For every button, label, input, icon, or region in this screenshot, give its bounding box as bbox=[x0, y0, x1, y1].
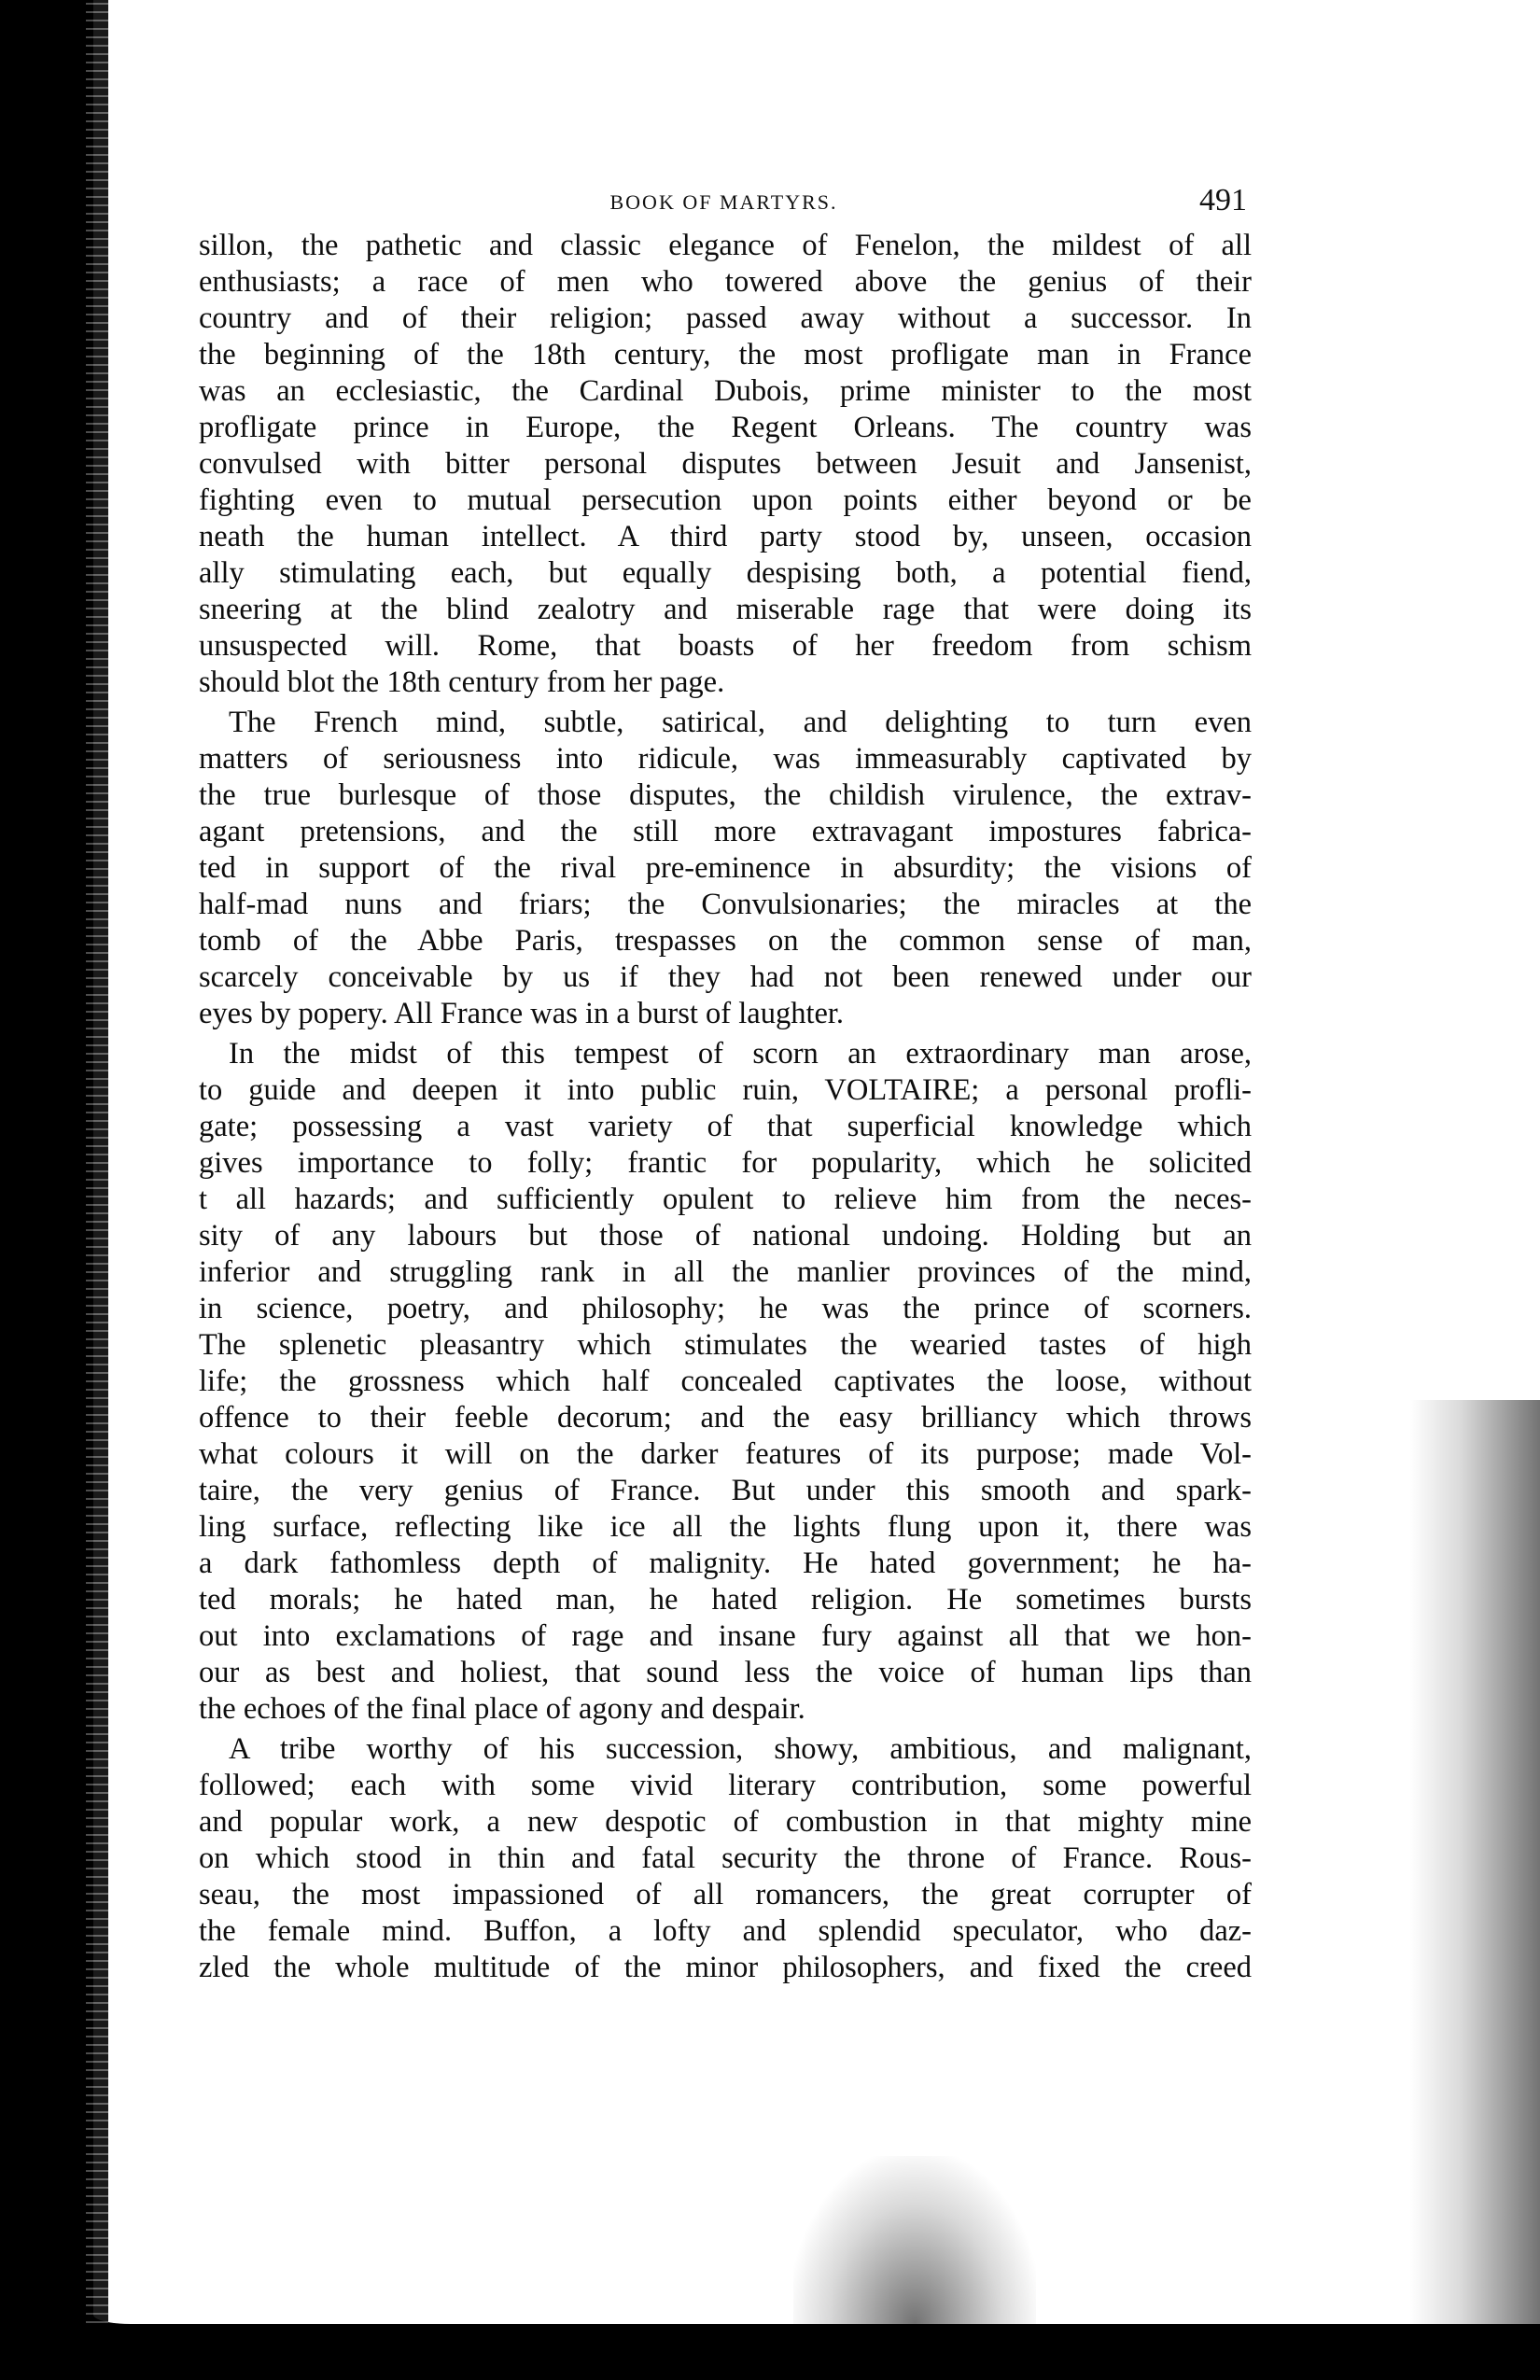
text-line: life; the grossness which half concealed… bbox=[199, 1364, 1252, 1400]
text-line: fighting even to mutual persecution upon… bbox=[199, 483, 1252, 519]
text-line: agant pretensions, and the still more ex… bbox=[199, 814, 1252, 850]
text-line: gate; possessing a vast variety of that … bbox=[199, 1109, 1252, 1145]
text-line: out into exclamations of rage and insane… bbox=[199, 1618, 1252, 1655]
text-line: gives importance to folly; frantic for p… bbox=[199, 1145, 1252, 1182]
text-line: ted in support of the rival pre-eminence… bbox=[199, 850, 1252, 887]
scan-smudge bbox=[793, 2156, 1036, 2324]
page-header: BOOK OF MARTYRS. 491 bbox=[199, 183, 1249, 220]
text-line: sity of any labours but those of nationa… bbox=[199, 1218, 1252, 1254]
text-line: A tribe worthy of his succession, showy,… bbox=[199, 1731, 1252, 1768]
text-line: the echoes of the final place of agony a… bbox=[199, 1691, 1252, 1728]
text-line: tomb of the Abbe Paris, trespasses on th… bbox=[199, 923, 1252, 959]
text-line: zled the whole multitude of the minor ph… bbox=[199, 1950, 1252, 1986]
paragraph: A tribe worthy of his succession, showy,… bbox=[199, 1731, 1252, 1986]
text-line: enthusiasts; a race of men who towered a… bbox=[199, 264, 1252, 301]
text-line: unsuspected will. Rome, that boasts of h… bbox=[199, 628, 1252, 665]
paragraph: In the midst of this tempest of scorn an… bbox=[199, 1036, 1252, 1728]
binding-shadow bbox=[86, 0, 108, 2324]
text-line: followed; each with some vivid literary … bbox=[199, 1768, 1252, 1804]
text-line: The splenetic pleasantry which stimulate… bbox=[199, 1327, 1252, 1364]
text-line: offence to their feeble decorum; and the… bbox=[199, 1400, 1252, 1436]
text-line: inferior and struggling rank in all the … bbox=[199, 1254, 1252, 1291]
text-line: eyes by popery. All France was in a burs… bbox=[199, 996, 1252, 1032]
text-line: half-mad nuns and friars; the Convulsion… bbox=[199, 887, 1252, 923]
text-line: what colours it will on the darker featu… bbox=[199, 1436, 1252, 1473]
text-line: ted morals; he hated man, he hated relig… bbox=[199, 1582, 1252, 1618]
text-line: in science, poetry, and philosophy; he w… bbox=[199, 1291, 1252, 1327]
text-line: to guide and deepen it into public ruin,… bbox=[199, 1072, 1252, 1109]
text-line: matters of seriousness into ridicule, wa… bbox=[199, 741, 1252, 777]
text-line: sneering at the blind zealotry and miser… bbox=[199, 592, 1252, 628]
text-line: our as best and holiest, that sound less… bbox=[199, 1655, 1252, 1691]
text-line: seau, the most impassioned of all romanc… bbox=[199, 1877, 1252, 1913]
text-line: the female mind. Buffon, a lofty and spl… bbox=[199, 1913, 1252, 1950]
text-line: In the midst of this tempest of scorn an… bbox=[199, 1036, 1252, 1072]
text-line: country and of their religion; passed aw… bbox=[199, 301, 1252, 337]
text-line: profligate prince in Europe, the Regent … bbox=[199, 410, 1252, 446]
paragraph: sillon, the pathetic and classic eleganc… bbox=[199, 228, 1252, 701]
text-line: ally stimulating each, but equally despi… bbox=[199, 555, 1252, 592]
text-line: The French mind, subtle, satirical, and … bbox=[199, 705, 1252, 741]
text-line: on which stood in thin and fatal securit… bbox=[199, 1841, 1252, 1877]
running-title: BOOK OF MARTYRS. bbox=[199, 190, 1249, 215]
page-edge-shadow bbox=[1409, 1400, 1540, 2324]
text-line: convulsed with bitter personal disputes … bbox=[199, 446, 1252, 483]
body-text: sillon, the pathetic and classic eleganc… bbox=[199, 228, 1252, 1986]
text-line: ling surface, reflecting like ice all th… bbox=[199, 1509, 1252, 1546]
paragraph: The French mind, subtle, satirical, and … bbox=[199, 705, 1252, 1032]
text-line: was an ecclesiastic, the Cardinal Dubois… bbox=[199, 373, 1252, 410]
text-line: and popular work, a new despotic of comb… bbox=[199, 1804, 1252, 1841]
text-line: taire, the very genius of France. But un… bbox=[199, 1473, 1252, 1509]
text-line: sillon, the pathetic and classic eleganc… bbox=[199, 228, 1252, 264]
text-line: a dark fathomless depth of malignity. He… bbox=[199, 1546, 1252, 1582]
text-line: scarcely conceivable by us if they had n… bbox=[199, 959, 1252, 996]
page-number: 491 bbox=[1199, 183, 1247, 218]
text-line: should blot the 18th century from her pa… bbox=[199, 665, 1252, 701]
text-line: t all hazards; and sufficiently opulent … bbox=[199, 1182, 1252, 1218]
text-line: the beginning of the 18th century, the m… bbox=[199, 337, 1252, 373]
text-line: neath the human intellect. A third party… bbox=[199, 519, 1252, 555]
text-line: the true burlesque of those disputes, th… bbox=[199, 777, 1252, 814]
